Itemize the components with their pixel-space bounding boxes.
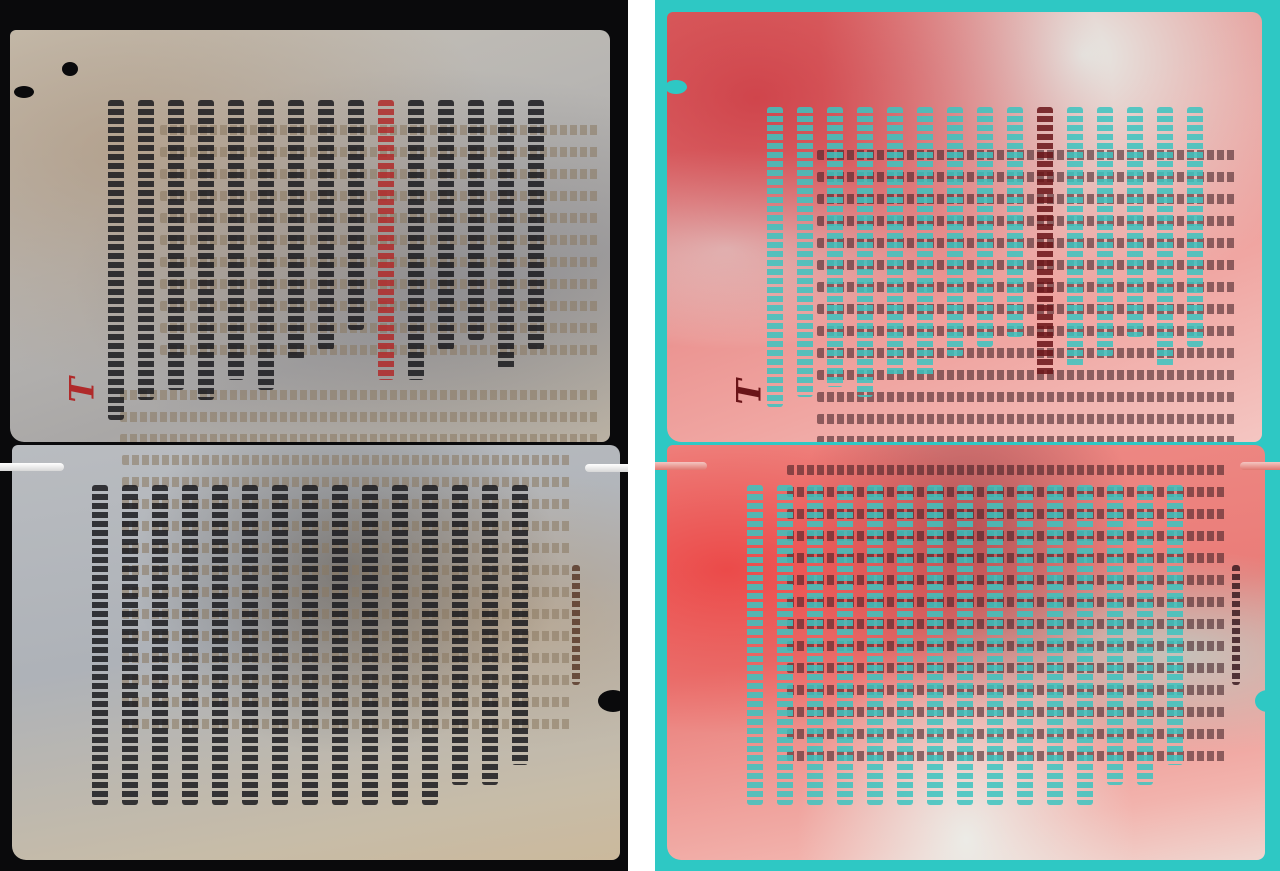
mounting-pin-right [585, 464, 628, 472]
mounting-pin-left [655, 462, 707, 470]
mounting-pin-left [0, 463, 64, 471]
overtext-columns [108, 100, 544, 420]
overtext-columns [767, 107, 1203, 407]
lower-leaf-multispectral [667, 445, 1265, 860]
parchment-hole [665, 80, 687, 94]
overtext-columns [92, 485, 528, 805]
drop-cap: Τ [63, 377, 103, 402]
drop-cap: Τ [730, 379, 770, 404]
upper-leaf-multispectral: Τ [667, 12, 1262, 442]
parchment-hole [62, 62, 78, 76]
lower-leaf-natural [12, 445, 620, 860]
upper-leaf-natural: Τ [10, 30, 610, 442]
overtext-columns [747, 485, 1183, 805]
parchment-hole [14, 86, 34, 98]
parchment-hole [1255, 690, 1280, 712]
mounting-pin-right [1240, 462, 1280, 470]
parchment-hole [598, 690, 628, 712]
panel-divider [628, 0, 655, 871]
marginal-note [1232, 565, 1240, 685]
multispectral-panel: Τ [655, 0, 1280, 871]
marginal-note [572, 565, 580, 685]
natural-light-panel: Τ [0, 0, 628, 871]
